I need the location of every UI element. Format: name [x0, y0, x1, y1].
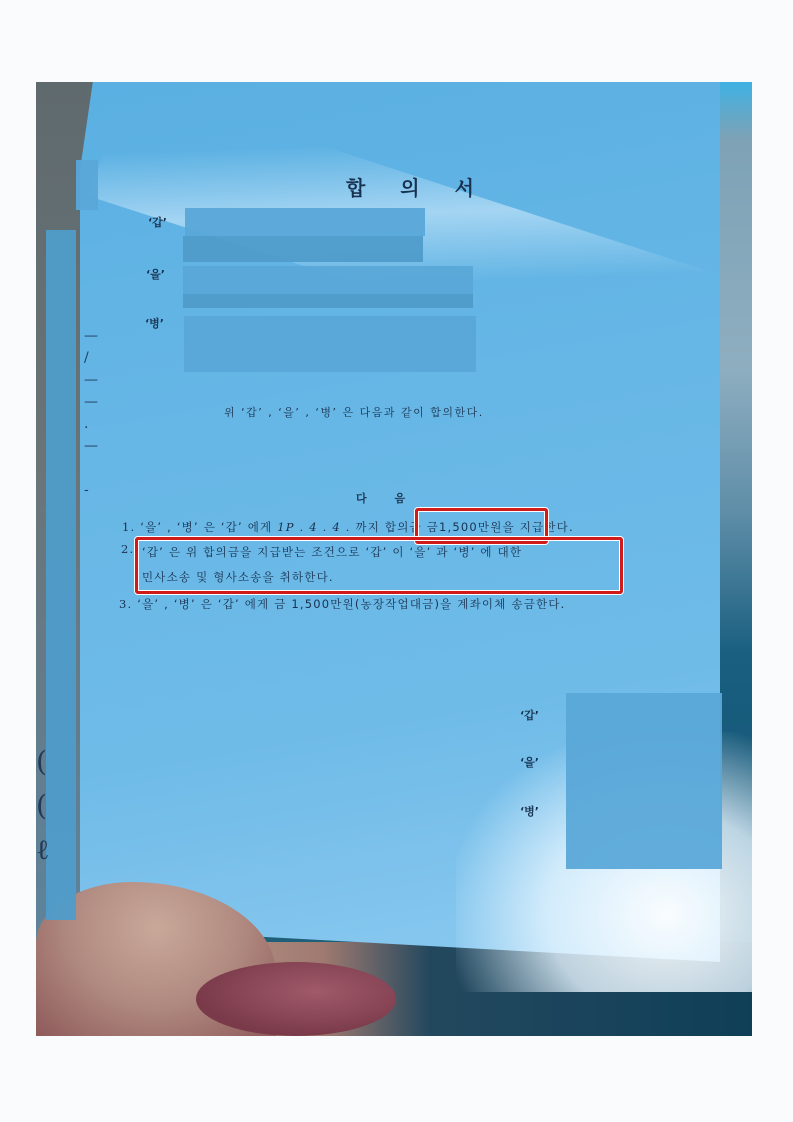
clause-3-text: ‘을’ , ‘병’ 은 ‘갑’ 에게 금 1,500만원(농장작업대금)을 계좌… [137, 597, 565, 611]
redacted-party-gap [185, 208, 425, 236]
redacted-party-eul [183, 266, 473, 294]
signature-label-gap: ‘갑’ [520, 707, 539, 723]
party-label-byeong: ‘병’ [145, 315, 164, 331]
clause-1-until: 까지 [355, 520, 380, 534]
redacted-party-eul-2 [183, 294, 473, 308]
clause-2-number: 2. [121, 542, 134, 556]
highlight-box-clause-2 [135, 537, 623, 594]
clause-3: 3. ‘을’ , ‘병’ 은 ‘갑’ 에게 금 1,500만원(농장작업대금)을… [119, 596, 566, 612]
redacted-party-gap-2 [183, 236, 423, 262]
redacted-block-left [46, 230, 76, 920]
party-label-gap: ‘갑’ [148, 214, 167, 230]
redacted-block-left-top [76, 160, 98, 210]
finger [196, 962, 396, 1036]
margin-marks: —/——.—- [84, 325, 98, 501]
clause-3-number: 3. [119, 597, 132, 611]
intro-sentence: 위 ‘갑’ , ‘을’ , ‘병’ 은 다음과 같이 합의한다. [224, 404, 484, 420]
redacted-signatures [566, 693, 722, 869]
redacted-party-byeong [184, 316, 476, 372]
clause-2-num: 2. [121, 542, 134, 556]
margin-handwriting: ((ℓ [36, 740, 49, 872]
signature-label-eul: ‘을’ [520, 754, 539, 770]
section-heading: 다 음 [356, 490, 417, 506]
clause-1-number: 1. [122, 520, 135, 534]
clause-1-text: ‘을’ , ‘병’ 은 ‘갑’ 에게 [140, 520, 272, 534]
document-title: 합 의 서 [346, 172, 488, 201]
handwritten-date: 1P . 4 . 4 . [277, 520, 350, 534]
signature-label-byeong: ‘병’ [520, 803, 539, 819]
party-label-eul: ‘을’ [146, 266, 165, 282]
